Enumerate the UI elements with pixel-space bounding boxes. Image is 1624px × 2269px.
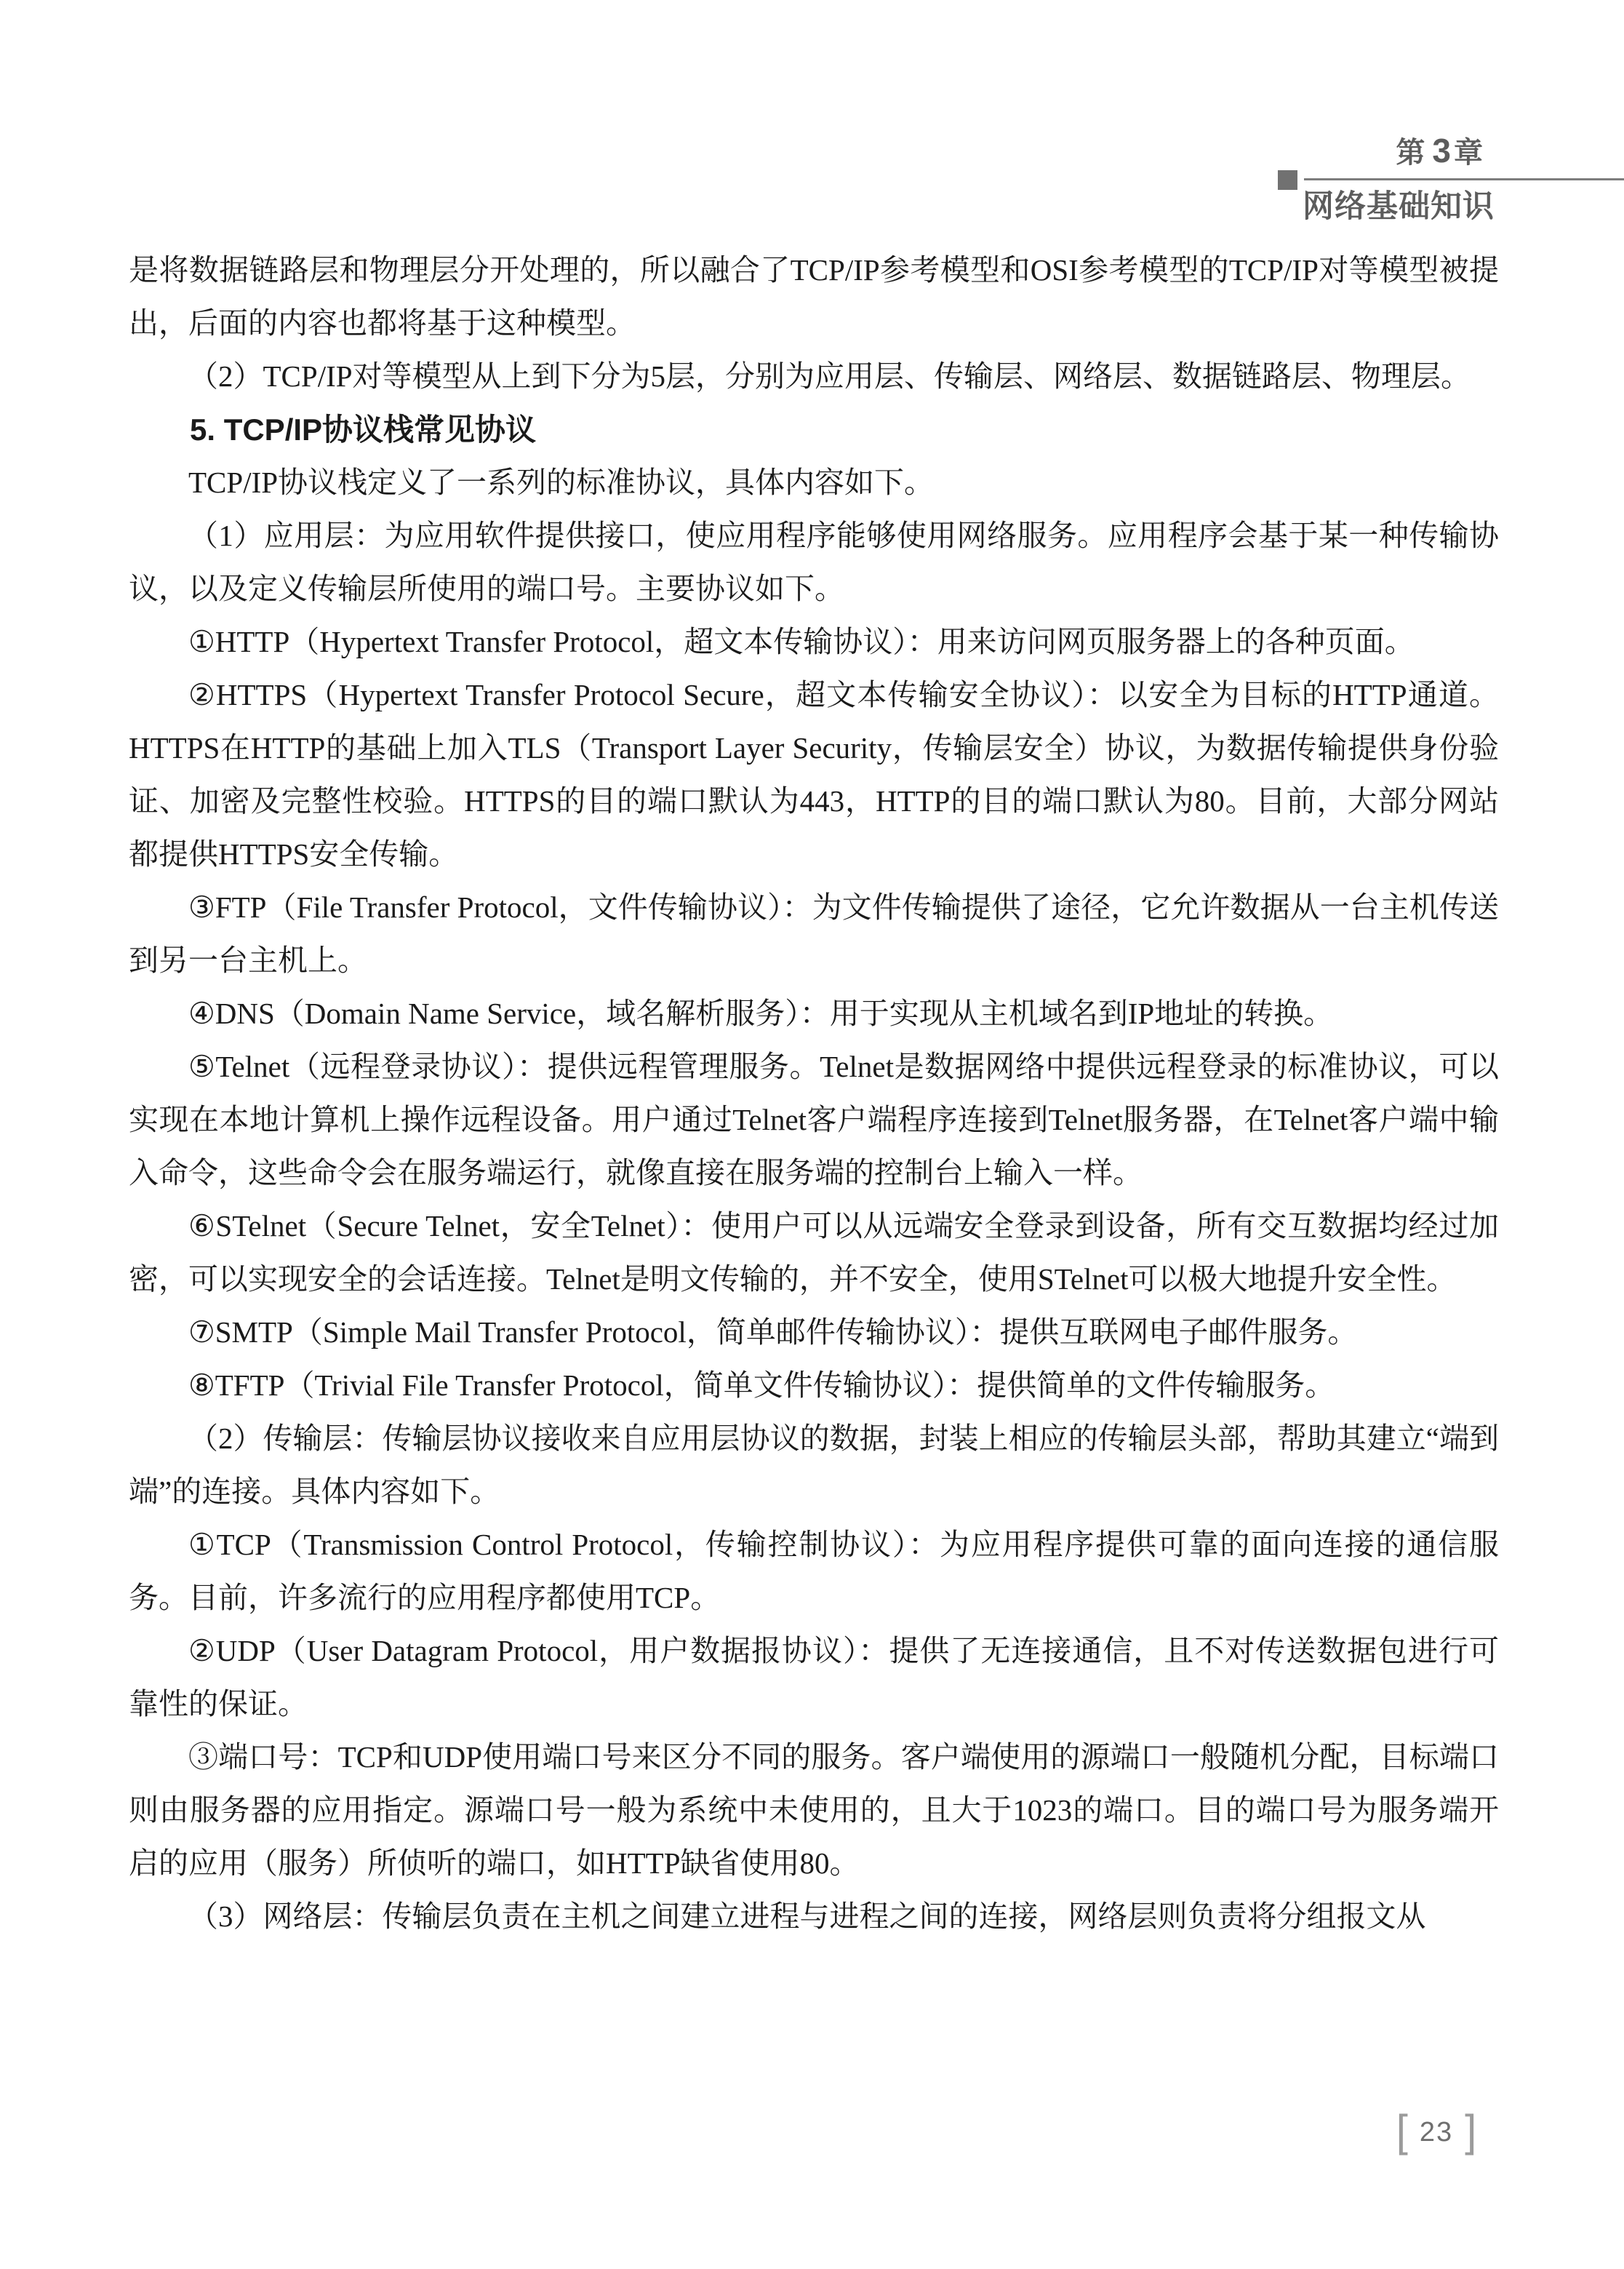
section-heading: 5. TCP/IP协议栈常见协议 (129, 403, 1499, 456)
paragraph-list-item: ⑥STelnet（Secure Telnet，安全Telnet）：使用户可以从远… (129, 1200, 1499, 1306)
paragraph: （2）传输层：传输层协议接收来自应用层协议的数据，封装上相应的传输层头部，帮助其… (129, 1412, 1499, 1518)
paragraph-list-item: ⑤Telnet（远程登录协议）：提供远程管理服务。Telnet是数据网络中提供远… (129, 1040, 1499, 1200)
paragraph-list-item: ④DNS（Domain Name Service，域名解析服务）：用于实现从主机… (129, 987, 1499, 1040)
paragraph: （2）TCP/IP对等模型从上到下分为5层，分别为应用层、传输层、网络层、数据链… (129, 350, 1499, 403)
paragraph-list-item: ③端口号：TCP和UDP使用端口号来区分不同的服务。客户端使用的源端口一般随机分… (129, 1731, 1499, 1890)
paragraph: TCP/IP协议栈定义了一系列的标准协议，具体内容如下。 (129, 456, 1499, 509)
page-body: 是将数据链路层和物理层分开处理的，所以融合了TCP/IP参考模型和OSI参考模型… (129, 244, 1499, 1943)
paragraph-list-item: ③FTP（File Transfer Protocol，文件传输协议）：为文件传… (129, 881, 1499, 987)
header-rule-line (1304, 178, 1624, 180)
chapter-title: 网络基础知识 (1303, 182, 1495, 226)
paragraph-list-item: ②UDP（User Datagram Protocol，用户数据报协议）：提供了… (129, 1624, 1499, 1731)
paragraph-list-item: ⑦SMTP（Simple Mail Transfer Protocol，简单邮件… (129, 1306, 1499, 1359)
paragraph-list-item: ②HTTPS（Hypertext Transfer Protocol Secur… (129, 669, 1499, 881)
chapter-suffix: 章 (1454, 137, 1487, 169)
footer-right-bracket: ] (1465, 2110, 1476, 2154)
header-square-decoration (1278, 170, 1297, 190)
chapter-number-line: 第3章 (1396, 134, 1487, 170)
page-number: 23 (1420, 2117, 1453, 2146)
paragraph-continuation: 是将数据链路层和物理层分开处理的，所以融合了TCP/IP参考模型和OSI参考模型… (129, 244, 1499, 350)
footer-left-bracket: [ (1396, 2110, 1408, 2154)
paragraph: （3）网络层：传输层负责在主机之间建立进程与进程之间的连接，网络层则负责将分组报… (129, 1890, 1499, 1943)
paragraph-list-item: ①TCP（Transmission Control Protocol，传输控制协… (129, 1518, 1499, 1624)
paragraph-list-item: ⑧TFTP（Trivial File Transfer Protocol，简单文… (129, 1359, 1499, 1412)
book-page: 第3章 网络基础知识 是将数据链路层和物理层分开处理的，所以融合了TCP/IP参… (0, 0, 1624, 2269)
chapter-prefix: 第 (1396, 137, 1429, 169)
page-footer: [ 23 ] (1385, 2108, 1487, 2155)
paragraph-list-item: ①HTTP（Hypertext Transfer Protocol，超文本传输协… (129, 615, 1499, 669)
chapter-number: 3 (1429, 132, 1454, 170)
paragraph: （1）应用层：为应用软件提供接口，使应用程序能够使用网络服务。应用程序会基于某一… (129, 509, 1499, 615)
